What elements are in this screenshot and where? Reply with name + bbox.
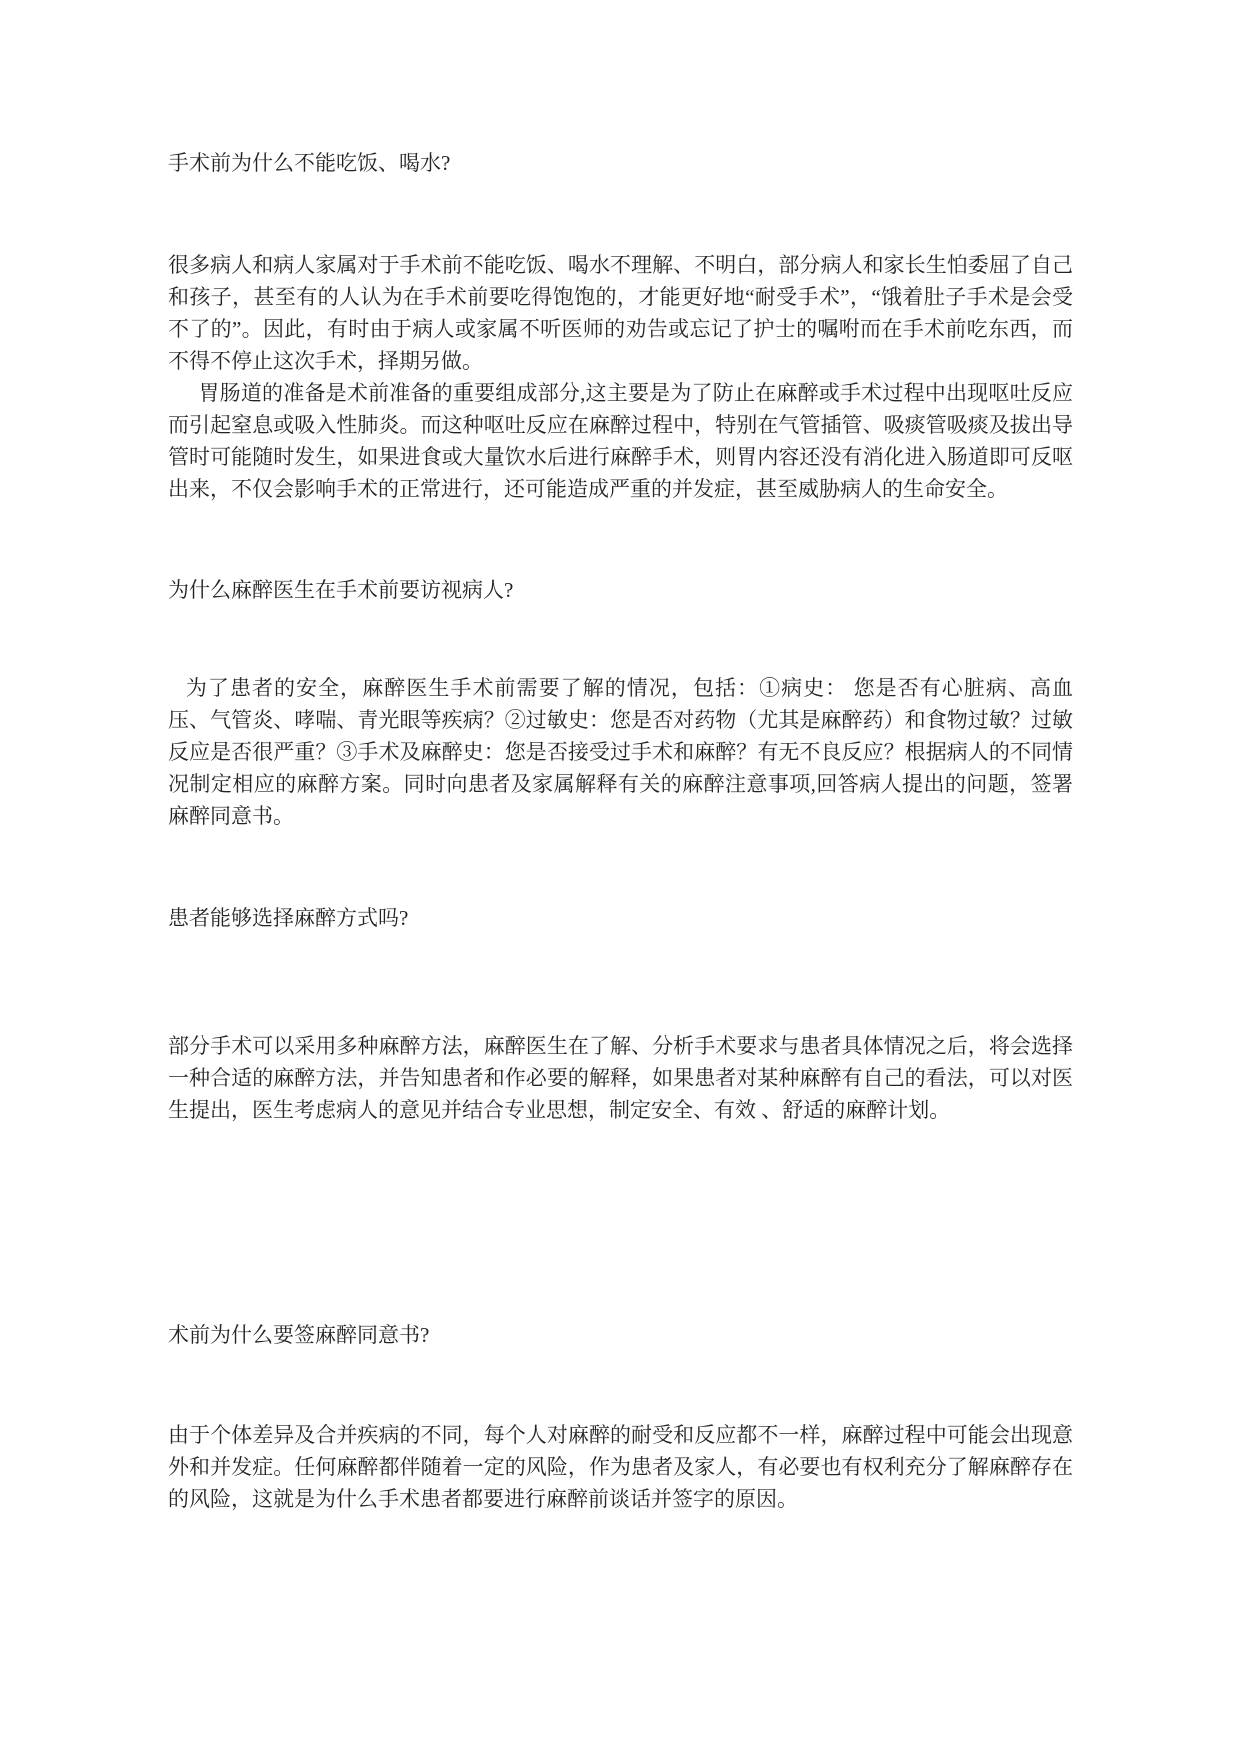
document-page: 手术前为什么不能吃饭、喝水? 很多病人和病人家属对于手术前不能吃饭、喝水不理解、… — [0, 0, 1241, 1754]
paragraph-anesthesia-choice-details: 部分手术可以采用多种麻醉方法，麻醉医生在了解、分析手术要求与患者具体情况之后，将… — [168, 1030, 1073, 1126]
paragraph-preoperative-visit-details: 为了患者的安全，麻醉医生手术前需要了解的情况，包括：①病史： 您是否有心脏病、高… — [168, 672, 1073, 832]
section-heading-preoperative-visit: 为什么麻醉医生在手术前要访视病人? — [168, 574, 1073, 606]
section-heading-consent-form: 术前为什么要签麻醉同意书? — [168, 1319, 1073, 1351]
section-heading-anesthesia-choice: 患者能够选择麻醉方式吗? — [168, 902, 1073, 934]
paragraph-consent-form-details: 由于个体差异及合并疾病的不同，每个人对麻醉的耐受和反应都不一样，麻醉过程中可能会… — [168, 1419, 1073, 1515]
section-heading-fasting: 手术前为什么不能吃饭、喝水? — [168, 147, 1073, 179]
paragraph-gastrointestinal-preparation: 胃肠道的准备是术前准备的重要组成部分,这主要是为了防止在麻醉或手术过程中出现呕吐… — [168, 377, 1073, 505]
paragraph-fasting-explanation: 很多病人和病人家属对于手术前不能吃饭、喝水不理解、不明白，部分病人和家长生怕委屈… — [168, 249, 1073, 377]
